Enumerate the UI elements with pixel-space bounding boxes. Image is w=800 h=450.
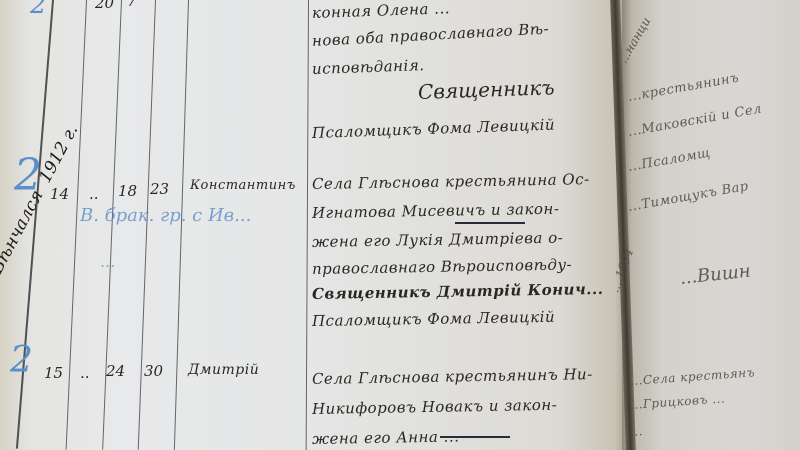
top-priest-title: Священникъ bbox=[418, 75, 555, 104]
entry-14-name: Константинъ bbox=[190, 178, 296, 193]
entry-15-line-3: жена его Анна ... bbox=[312, 427, 460, 448]
entry-15-name: Дмитрій bbox=[188, 362, 259, 378]
entry-15-ditto: .. bbox=[80, 364, 90, 382]
blue-annotation-line-1: В. брак. гр. с Ив... bbox=[80, 205, 251, 226]
entry-14-ditto: .. bbox=[89, 185, 99, 203]
entry-14-day2: 23 bbox=[150, 180, 169, 198]
entry-14-day1: 18 bbox=[118, 182, 137, 200]
entry-15-day1: 24 bbox=[106, 362, 125, 380]
entry-14-number: 14 bbox=[50, 185, 69, 203]
margin-mark-1: 2 bbox=[30, 0, 47, 20]
underline-1 bbox=[455, 222, 525, 224]
entry-15-day2: 30 bbox=[144, 362, 163, 380]
entry-15-number: 15 bbox=[44, 364, 63, 382]
top-day-1: 20 bbox=[95, 0, 114, 12]
right-line-8: ... bbox=[630, 424, 644, 439]
top-day-2: 7 bbox=[127, 0, 137, 10]
blue-annotation-line-2: ... bbox=[100, 252, 115, 271]
margin-mark-3: 2 bbox=[10, 340, 33, 381]
